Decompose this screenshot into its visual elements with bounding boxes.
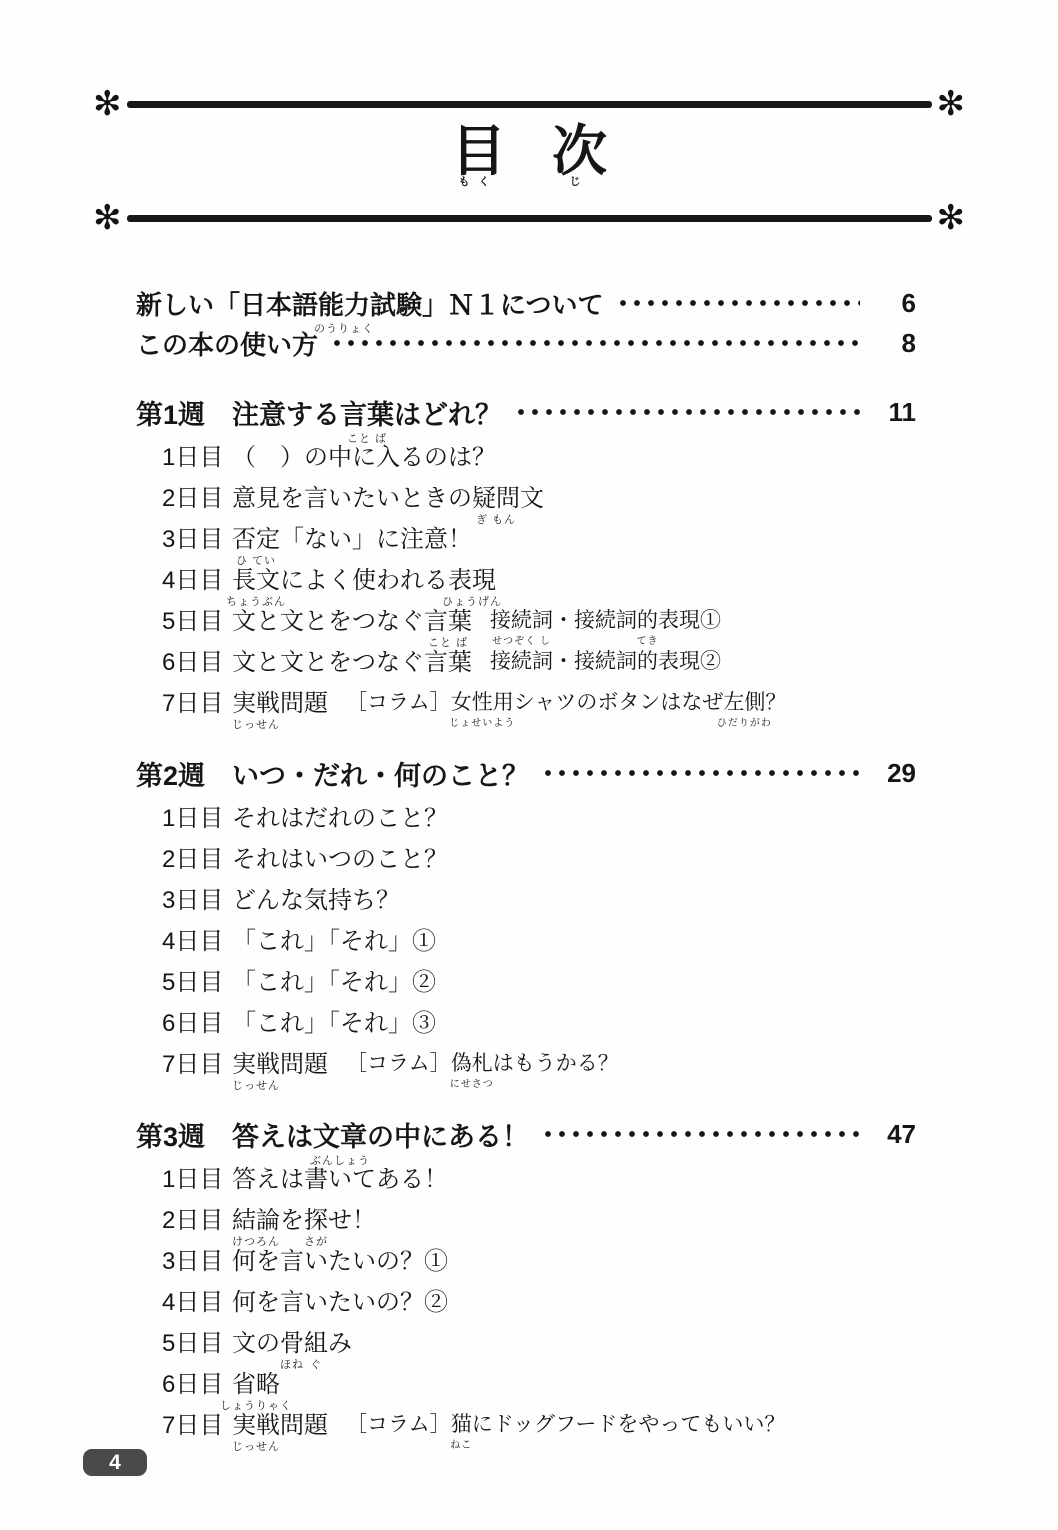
day-entry: 4日目 「これ」「それ」① (136, 925, 916, 952)
day-label: 3日目 (136, 880, 232, 915)
day-subtitle: ［コラム］女性用じょせいようシャツのボタンはなぜ左側ひだりがわ？ (346, 686, 786, 716)
day-label: 5日目 (136, 1323, 232, 1358)
day-label: 3日目 (136, 1241, 232, 1276)
day-title: 何を言いたいの？① (232, 1241, 448, 1276)
entry-page-number: 8 (872, 328, 916, 359)
day-label: 5日目 (136, 962, 232, 997)
day-title: 意見を言いたいときの疑問ぎ もん文 (232, 478, 544, 513)
day-title: 実戦じっせん問題 (232, 1044, 328, 1079)
day-label: 1日目 (136, 1159, 232, 1194)
week-label: 第2週 (136, 754, 232, 793)
week-3-section: 第3週 答えは文章ぶんしょうの中にある！ 47 1日目 答えは書いてある！ 2日… (136, 1119, 916, 1436)
day-entry: 7日目 実戦じっせん問題 ［コラム］猫ねこにドッグフードをやってもいい？ (136, 1409, 916, 1436)
entry-page-number: 6 (872, 288, 916, 319)
entry-title: 新しい「日本語能力のうりょく試験」Ｎ１について (136, 285, 604, 322)
day-label: 4日目 (136, 1282, 232, 1317)
day-title: 否定ひ てい「ない」に注意！ (232, 519, 472, 554)
entry-page-number: 29 (872, 758, 916, 789)
dot-leader (539, 768, 860, 778)
day-title: それはいつのこと？ (232, 839, 448, 874)
day-entry: 3日目 何を言いたいの？① (136, 1245, 916, 1272)
day-label: 1日目 (136, 437, 232, 472)
dot-leader (539, 1129, 860, 1139)
day-label: 3日目 (136, 519, 232, 554)
day-title: （ ）の中に入るのは？ (232, 437, 496, 472)
day-entry: 4日目 何を言いたいの？② (136, 1286, 916, 1313)
day-label: 7日目 (136, 1044, 232, 1079)
page-number-badge: 4 (83, 1449, 147, 1476)
day-subtitle: ［コラム］猫ねこにドッグフードをやってもいい？ (346, 1408, 785, 1438)
dot-leader (614, 298, 860, 308)
day-title: どんな気持ち？ (232, 880, 400, 915)
day-entry: 1日目 それはだれのこと？ (136, 802, 916, 829)
week-2-section: 第2週 いつ・だれ・何のこと？ 29 1日目 それはだれのこと？ 2日目 それは… (136, 758, 916, 1075)
entry-title: この本の使い方 (136, 325, 318, 362)
day-title: 「これ」「それ」③ (232, 1003, 436, 1038)
entry-page-number: 11 (872, 397, 916, 428)
day-entry: 3日目 否定ひ てい「ない」に注意！ (136, 523, 916, 550)
asterisk-icon: ✻ (93, 94, 122, 114)
day-label: 4日目 (136, 921, 232, 956)
week-header: 第3週 答えは文章ぶんしょうの中にある！ 47 (136, 1119, 916, 1149)
day-label: 1日目 (136, 798, 232, 833)
day-label: 7日目 (136, 683, 232, 718)
day-label: 6日目 (136, 642, 232, 677)
day-title: 文と文とをつなぐ言葉 (232, 642, 472, 677)
week-label: 第3週 (136, 1115, 232, 1154)
day-subtitle: 接続詞・接続詞的表現② (490, 645, 721, 675)
day-entry: 2日目 結論けつろんを探さがせ！ (136, 1204, 916, 1231)
week-title: 答えは文章ぶんしょうの中にある！ (232, 1115, 529, 1154)
day-entry: 3日目 どんな気持ち？ (136, 884, 916, 911)
day-entry: 2日目 意見を言いたいときの疑問ぎ もん文 (136, 482, 916, 509)
day-title: 実戦じっせん問題 (232, 1405, 328, 1440)
day-entry: 5日目 文と文とをつなぐ言葉こと ば 接続詞せつぞく し・接続詞的てき表現① (136, 605, 916, 632)
toc-body: 新しい「日本語能力のうりょく試験」Ｎ１について 6 この本の使い方 8 第1週 … (136, 289, 916, 1436)
day-label: 4日目 (136, 560, 232, 595)
week-header: 第1週 注意する言葉こと ばはどれ？ 11 (136, 397, 916, 427)
day-entry: 4日目 長文ちょうぶんによく使われる表現ひょうげん (136, 564, 916, 591)
day-title: 文の骨ほね組ぐみ (232, 1323, 352, 1358)
day-label: 2日目 (136, 478, 232, 513)
day-title: 省略しょうりゃく (232, 1364, 280, 1399)
day-label: 2日目 (136, 839, 232, 874)
toc-page: ✻ ✻ 目もく次じ ✻ ✻ 新しい「日本語能力のうりょく試験」Ｎ１について 6 … (0, 0, 1058, 1530)
week-title: 注意する言葉こと ばはどれ？ (232, 393, 502, 432)
top-rule: ✻ ✻ (93, 94, 965, 114)
day-title: 文と文とをつなぐ言葉こと ば (232, 601, 472, 636)
asterisk-icon: ✻ (93, 208, 122, 228)
week-header: 第2週 いつ・だれ・何のこと？ 29 (136, 758, 916, 788)
day-entry: 1日目 答えは書いてある！ (136, 1163, 916, 1190)
day-entry: 2日目 それはいつのこと？ (136, 843, 916, 870)
day-entry: 7日目 実戦じっせん問題 ［コラム］偽札にせさつはもうかる？ (136, 1048, 916, 1075)
page-header: ✻ ✻ 目もく次じ ✻ ✻ (93, 0, 965, 228)
asterisk-icon: ✻ (937, 94, 966, 114)
day-label: 7日目 (136, 1405, 232, 1440)
day-subtitle: ［コラム］偽札にせさつはもうかる？ (346, 1047, 619, 1077)
asterisk-icon: ✻ (937, 208, 966, 228)
day-entry: 5日目 文の骨ほね組ぐみ (136, 1327, 916, 1354)
day-label: 5日目 (136, 601, 232, 636)
toc-entry-how-to-use: この本の使い方 8 (136, 329, 916, 357)
day-title: 何を言いたいの？② (232, 1282, 448, 1317)
day-label: 6日目 (136, 1364, 232, 1399)
bottom-rule: ✻ ✻ (93, 208, 965, 228)
dot-leader (328, 338, 860, 348)
day-label: 6日目 (136, 1003, 232, 1038)
day-entry: 6日目 文と文とをつなぐ言葉 接続詞・接続詞的表現② (136, 646, 916, 673)
day-label: 2日目 (136, 1200, 232, 1235)
week-1-section: 第1週 注意する言葉こと ばはどれ？ 11 1日目 （ ）の中に入るのは？ 2日… (136, 397, 916, 714)
dot-leader (512, 407, 860, 417)
rule-bar (127, 215, 932, 222)
day-title: 答えは書いてある！ (232, 1159, 448, 1194)
day-entry: 1日目 （ ）の中に入るのは？ (136, 441, 916, 468)
page-title: 目もく次じ (451, 124, 607, 179)
day-subtitle: 接続詞せつぞく し・接続詞的てき表現① (490, 604, 721, 634)
rule-bar (127, 101, 932, 108)
day-entry: 5日目 「これ」「それ」② (136, 966, 916, 993)
day-title: 実戦じっせん問題 (232, 683, 328, 718)
entry-page-number: 47 (872, 1119, 916, 1150)
day-title: 「これ」「それ」① (232, 921, 436, 956)
day-title: それはだれのこと？ (232, 798, 448, 833)
week-label: 第1週 (136, 393, 232, 432)
week-title: いつ・だれ・何のこと？ (232, 754, 529, 793)
day-title: 「これ」「それ」② (232, 962, 436, 997)
day-title: 結論けつろんを探さがせ！ (232, 1200, 376, 1235)
toc-entry-about-test: 新しい「日本語能力のうりょく試験」Ｎ１について 6 (136, 289, 916, 317)
day-entry: 7日目 実戦じっせん問題 ［コラム］女性用じょせいようシャツのボタンはなぜ左側ひ… (136, 687, 916, 714)
day-title: 長文ちょうぶんによく使われる表現ひょうげん (232, 560, 496, 595)
day-entry: 6日目 省略しょうりゃく (136, 1368, 916, 1395)
day-entry: 6日目 「これ」「それ」③ (136, 1007, 916, 1034)
